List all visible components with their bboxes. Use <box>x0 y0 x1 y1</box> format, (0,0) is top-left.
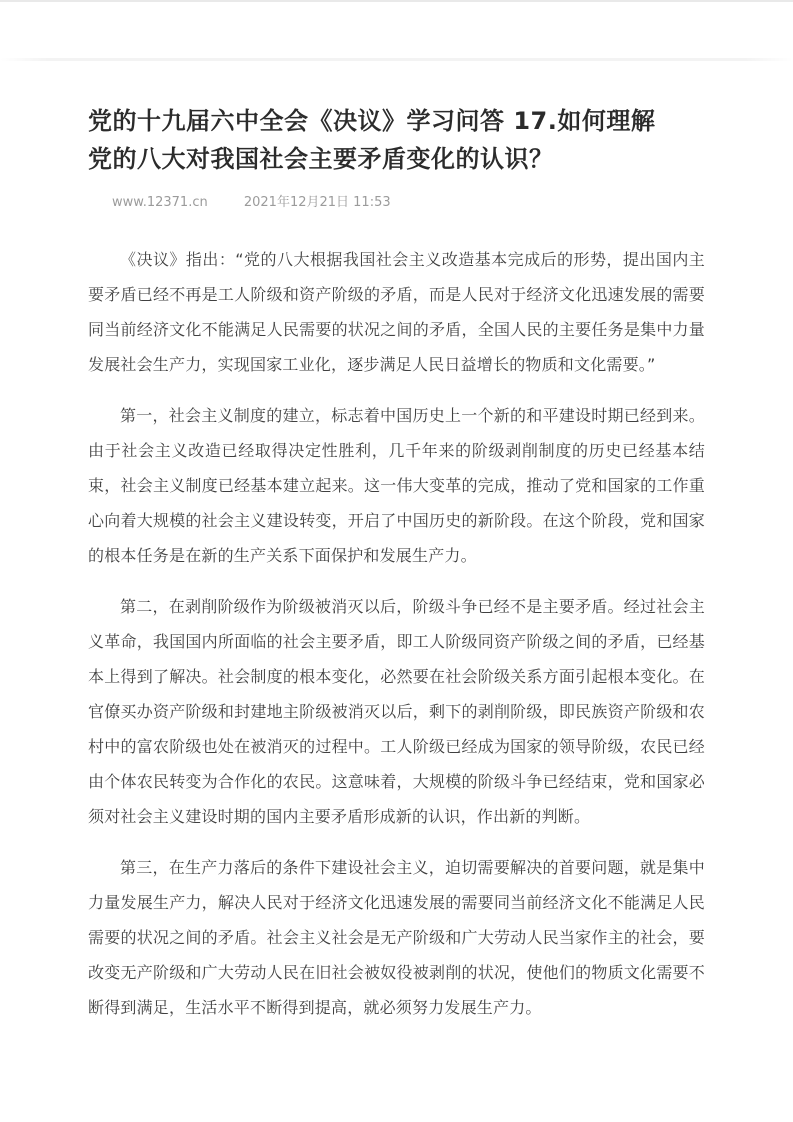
article-paragraph: 第一，社会主义制度的建立，标志着中国历史上一个新的和平建设时期已经到来。由于社会… <box>88 398 705 573</box>
article-page: 党的十九届六中全会《决议》学习问答 17.如何理解 党的八大对我国社会主要矛盾变… <box>88 61 705 1041</box>
top-edge-divider <box>0 0 793 2</box>
article-paragraph: 第三，在生产力落后的条件下建设社会主义，迫切需要解决的首要问题，就是集中力量发展… <box>88 850 705 1025</box>
article-paragraph: 《决议》指出：“党的八大根据我国社会主义改造基本完成后的形势，提出国内主要矛盾已… <box>88 242 705 382</box>
article-meta: www.12371.cn 2021年12月21日 11:53 <box>88 194 705 212</box>
article-body: 《决议》指出：“党的八大根据我国社会主义改造基本完成后的形势，提出国内主要矛盾已… <box>88 242 705 1025</box>
article-datetime: 2021年12月21日 11:53 <box>244 195 391 210</box>
article-source: www.12371.cn <box>112 195 208 210</box>
article-title: 党的十九届六中全会《决议》学习问答 17.如何理解 党的八大对我国社会主要矛盾变… <box>88 102 705 178</box>
article-paragraph: 第二，在剥削阶级作为阶级被消灭以后，阶级斗争已经不是主要矛盾。经过社会主义革命，… <box>88 589 705 834</box>
article-title-line: 党的八大对我国社会主要矛盾变化的认识？ <box>88 140 705 178</box>
article-title-line: 党的十九届六中全会《决议》学习问答 17.如何理解 <box>88 102 705 140</box>
